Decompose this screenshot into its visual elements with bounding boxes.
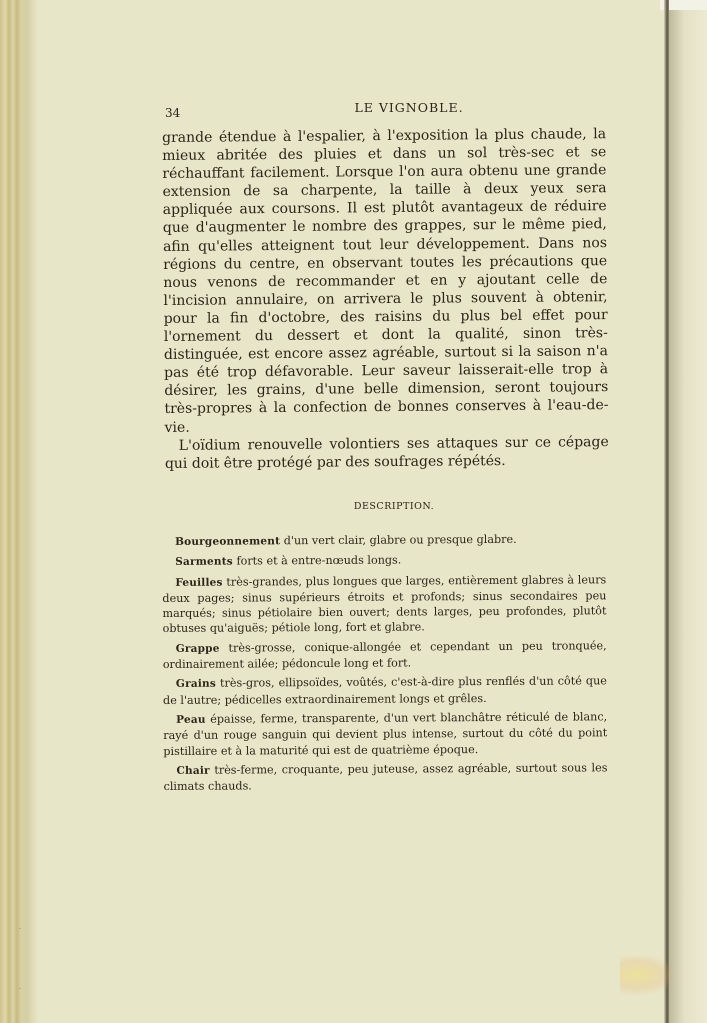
description-text: très-grosse, conique-allongée et cependa… — [163, 639, 607, 671]
next-page-edge — [669, 8, 707, 1023]
paragraph: L'oïdium renouvelle volontiers ses attaq… — [165, 433, 609, 473]
description-term: Grappe — [176, 642, 220, 654]
page-content: 34 LE VIGNOBLE. grande étendue à l'espal… — [162, 100, 606, 798]
description-term: Sarments — [175, 556, 233, 568]
running-head: 34 LE VIGNOBLE. — [162, 100, 606, 124]
description-text: d'un vert clair, glabre ou presque glabr… — [280, 533, 517, 547]
body-text: grande étendue à l'espalier, à l'exposit… — [162, 125, 609, 473]
running-title: LE VIGNOBLE. — [162, 100, 606, 115]
page-edge-line — [664, 0, 669, 1023]
book-spine — [0, 0, 28, 1023]
description-item: Sarments forts et à entre-nœuds longs. — [162, 551, 606, 570]
description-item: Bourgeonnement d'un vert clair, glabre o… — [162, 531, 606, 550]
description-term: Bourgeonnement — [175, 535, 280, 548]
margin-mark: · — [19, 985, 21, 993]
description-term: Feuilles — [175, 576, 222, 588]
description-term: Chair — [176, 764, 209, 776]
description-item: Grappe très-grosse, conique-allongée et … — [163, 638, 607, 672]
description-text: très-ferme, croquante, peu juteuse, asse… — [164, 761, 608, 793]
description-heading: DESCRIPTION. — [162, 501, 606, 512]
description-item: Chair très-ferme, croquante, peu juteuse… — [163, 760, 607, 794]
paragraph: grande étendue à l'espalier, à l'exposit… — [162, 125, 609, 436]
light-glare — [620, 955, 675, 995]
description-list: Bourgeonnement d'un vert clair, glabre o… — [162, 531, 608, 794]
description-item: Feuilles très-grandes, plus longues que … — [162, 572, 606, 637]
gutter-shadow — [28, 0, 38, 1023]
description-text: épaisse, ferme, transparente, d'un vert … — [163, 710, 607, 757]
description-term: Peau — [176, 713, 206, 725]
description-term: Grains — [176, 678, 216, 690]
description-item: Peau épaisse, ferme, transparente, d'un … — [163, 709, 607, 759]
margin-mark: · — [19, 925, 21, 933]
description-text: forts et à entre-nœuds longs. — [233, 554, 402, 568]
description-text: très-gros, ellipsoïdes, voûtés, c'est-à-… — [163, 674, 607, 706]
description-text: très-grandes, plus longues que larges, e… — [162, 573, 606, 636]
description-item: Grains très-gros, ellipsoïdes, voûtés, c… — [163, 673, 607, 707]
